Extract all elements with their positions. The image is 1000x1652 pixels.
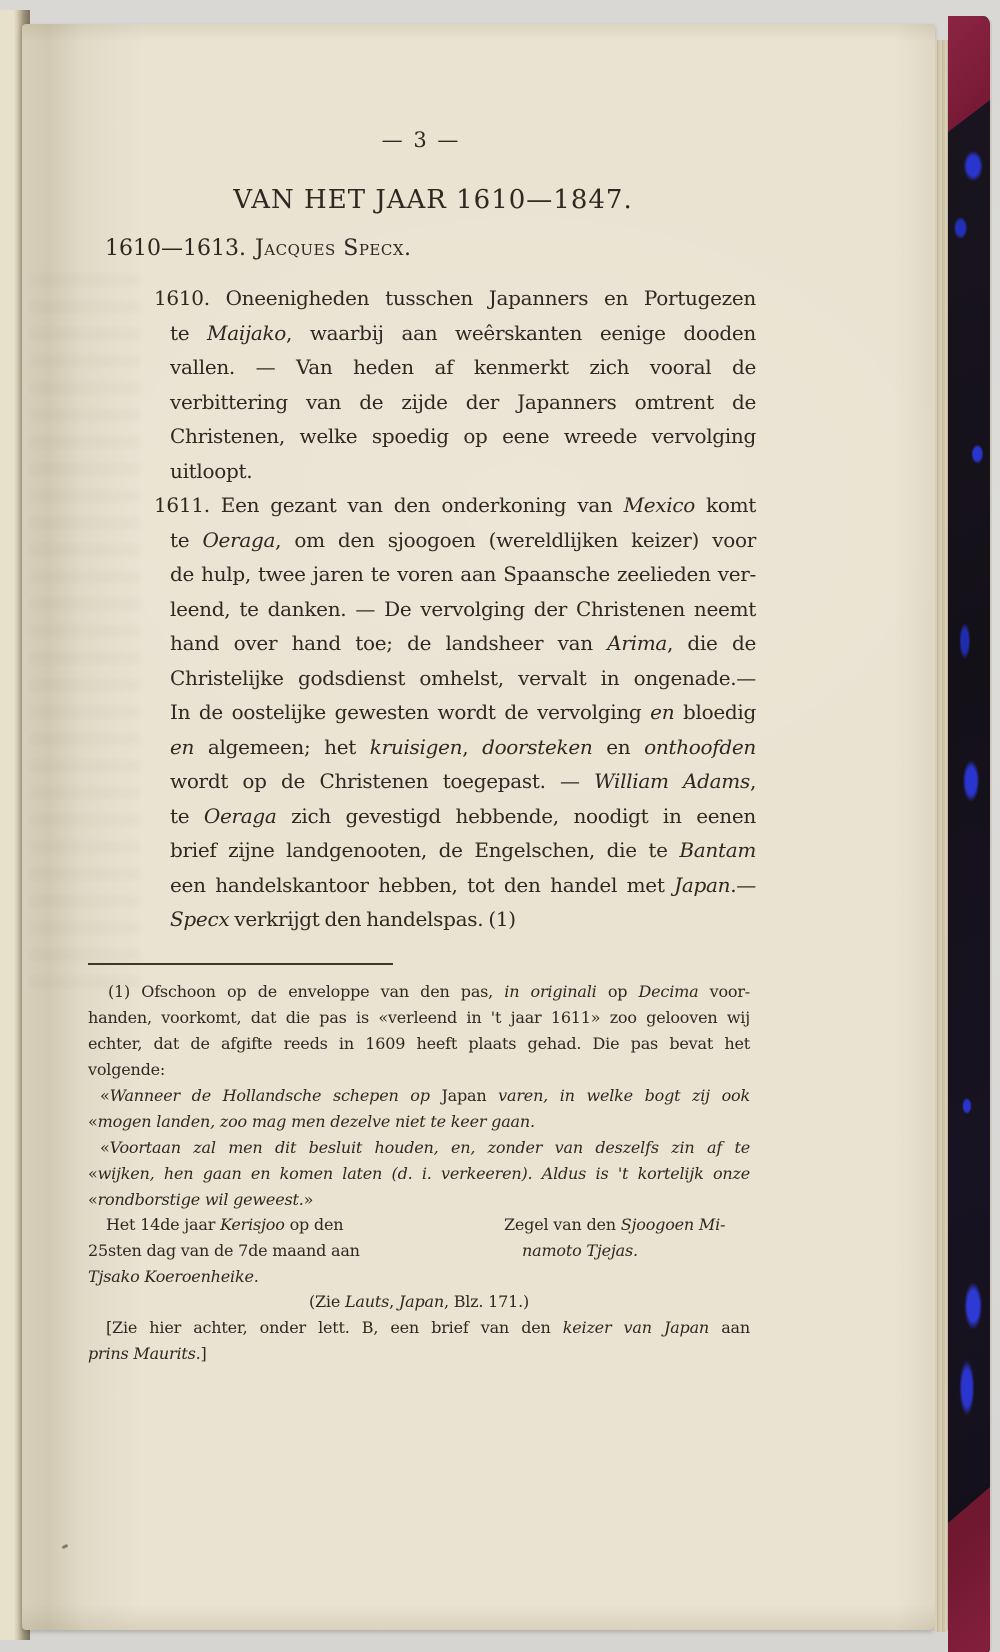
- text-line: de hulp, twee jaren te voren aan Spaansc…: [154, 557, 756, 592]
- text-line: een handelskantoor hebben, tot den hande…: [154, 868, 756, 903]
- text-line: [Zie hier achter, onder lett. B, een bri…: [88, 1315, 750, 1341]
- text-line: «Wanneer de Hollandsche schepen op Japan…: [88, 1083, 750, 1109]
- footnote-rule: [88, 963, 393, 965]
- text-line: te Oeraga zich gevestigd hebbende, noodi…: [154, 799, 756, 834]
- text-line: prins Maurits.]: [88, 1341, 750, 1367]
- text-line: 1610. Oneenigheden tusschen Japanners en…: [154, 281, 756, 316]
- text-line: namoto Tjejas.: [504, 1238, 750, 1264]
- text-line: te Oeraga, om den sjoogoen (wereldlijken…: [154, 523, 756, 558]
- show-through-ghost-text: [30, 274, 140, 994]
- text-line: en algemeen; het kruisigen, doorsteken e…: [154, 730, 756, 765]
- section-heading: 1610—1613.Jacques Specx.: [105, 236, 412, 261]
- text-line: «mogen landen, zoo mag men dezelve niet …: [88, 1109, 750, 1135]
- text-line: 25sten dag van de 7de maand aan: [88, 1238, 418, 1264]
- paragraph-1611: 1611. Een gezant van den onderkoning van…: [154, 488, 756, 937]
- text-line: te Maijako, waarbij aan weêrskanten eeni…: [154, 316, 756, 351]
- book-cover-edge: [948, 16, 992, 1652]
- text-line: wordt op de Christenen toegepast. — Will…: [154, 764, 756, 799]
- main-text: 1610. Oneenigheden tusschen Japanners en…: [154, 281, 756, 937]
- text-line: echter, dat de afgifte reeds in 1609 hee…: [88, 1031, 750, 1057]
- text-line: In de oostelijke gewesten wordt de vervo…: [154, 695, 756, 730]
- text-line: (1) Ofschoon op de enveloppe van den pas…: [88, 979, 750, 1005]
- text-line: verbittering van de zijde der Japanners …: [154, 385, 756, 420]
- text-line: Specx verkrijgt den handelspas. (1): [154, 902, 756, 937]
- cover-red-corner-bottom: [948, 1487, 990, 1652]
- text-line: Het 14de jaar Kerisjoo op den: [88, 1212, 418, 1238]
- cover-red-corner-top: [948, 16, 990, 148]
- text-line: Tjsako Koeroenheike.: [88, 1264, 418, 1290]
- text-line: Zegel van den Sjoogoen Mi-: [504, 1212, 750, 1238]
- section-heading-name: Jacques Specx.: [255, 236, 412, 261]
- text-line: brief zijne landgenooten, de Engelschen,…: [154, 833, 756, 868]
- book-page: — 3 — VAN HET JAAR 1610—1847. 1610—1613.…: [22, 24, 935, 1630]
- footnote-citation: (Zie Lauts, Japan, Blz. 171.): [88, 1289, 750, 1315]
- page-number: — 3 —: [382, 128, 461, 152]
- photo-backdrop: — 3 — VAN HET JAAR 1610—1847. 1610—1613.…: [0, 0, 1000, 1652]
- section-heading-years: 1610—1613.: [105, 236, 246, 261]
- footnote-column-right: Zegel van den Sjoogoen Mi-namoto Tjejas.: [504, 1212, 750, 1264]
- footnote-column-left: Het 14de jaar Kerisjoo op den25sten dag …: [88, 1212, 418, 1290]
- text-line: 1611. Een gezant van den onderkoning van…: [154, 488, 756, 523]
- text-line: Christelijke godsdienst omhelst, vervalt…: [154, 661, 756, 696]
- page-stack-edge: [935, 40, 948, 1632]
- paper-speck: [62, 1544, 69, 1549]
- page-title: VAN HET JAAR 1610—1847.: [233, 185, 632, 215]
- text-line: vallen. — Van heden af kenmerkt zich voo…: [154, 350, 756, 385]
- text-line: leend, te danken. — De vervolging der Ch…: [154, 592, 756, 627]
- text-line: «rondborstige wil geweest.»: [88, 1187, 750, 1213]
- footnote-bracket-note: [Zie hier achter, onder lett. B, een bri…: [88, 1315, 750, 1367]
- text-line: Christenen, welke spoedig op eene wreede…: [154, 419, 756, 454]
- text-line: «wijken, hen gaan en komen laten (d. i. …: [88, 1161, 750, 1187]
- footnote: (1) Ofschoon op de enveloppe van den pas…: [88, 979, 750, 1213]
- paragraph-1610: 1610. Oneenigheden tusschen Japanners en…: [154, 281, 756, 488]
- text-line: volgende:: [88, 1057, 750, 1083]
- text-line: handen, voorkomt, dat die pas is «verlee…: [88, 1005, 750, 1031]
- text-line: uitloopt.: [154, 454, 756, 489]
- text-line: hand over hand toe; de landsheer van Ari…: [154, 626, 756, 661]
- text-line: «Voortaan zal men dit besluit houden, en…: [88, 1135, 750, 1161]
